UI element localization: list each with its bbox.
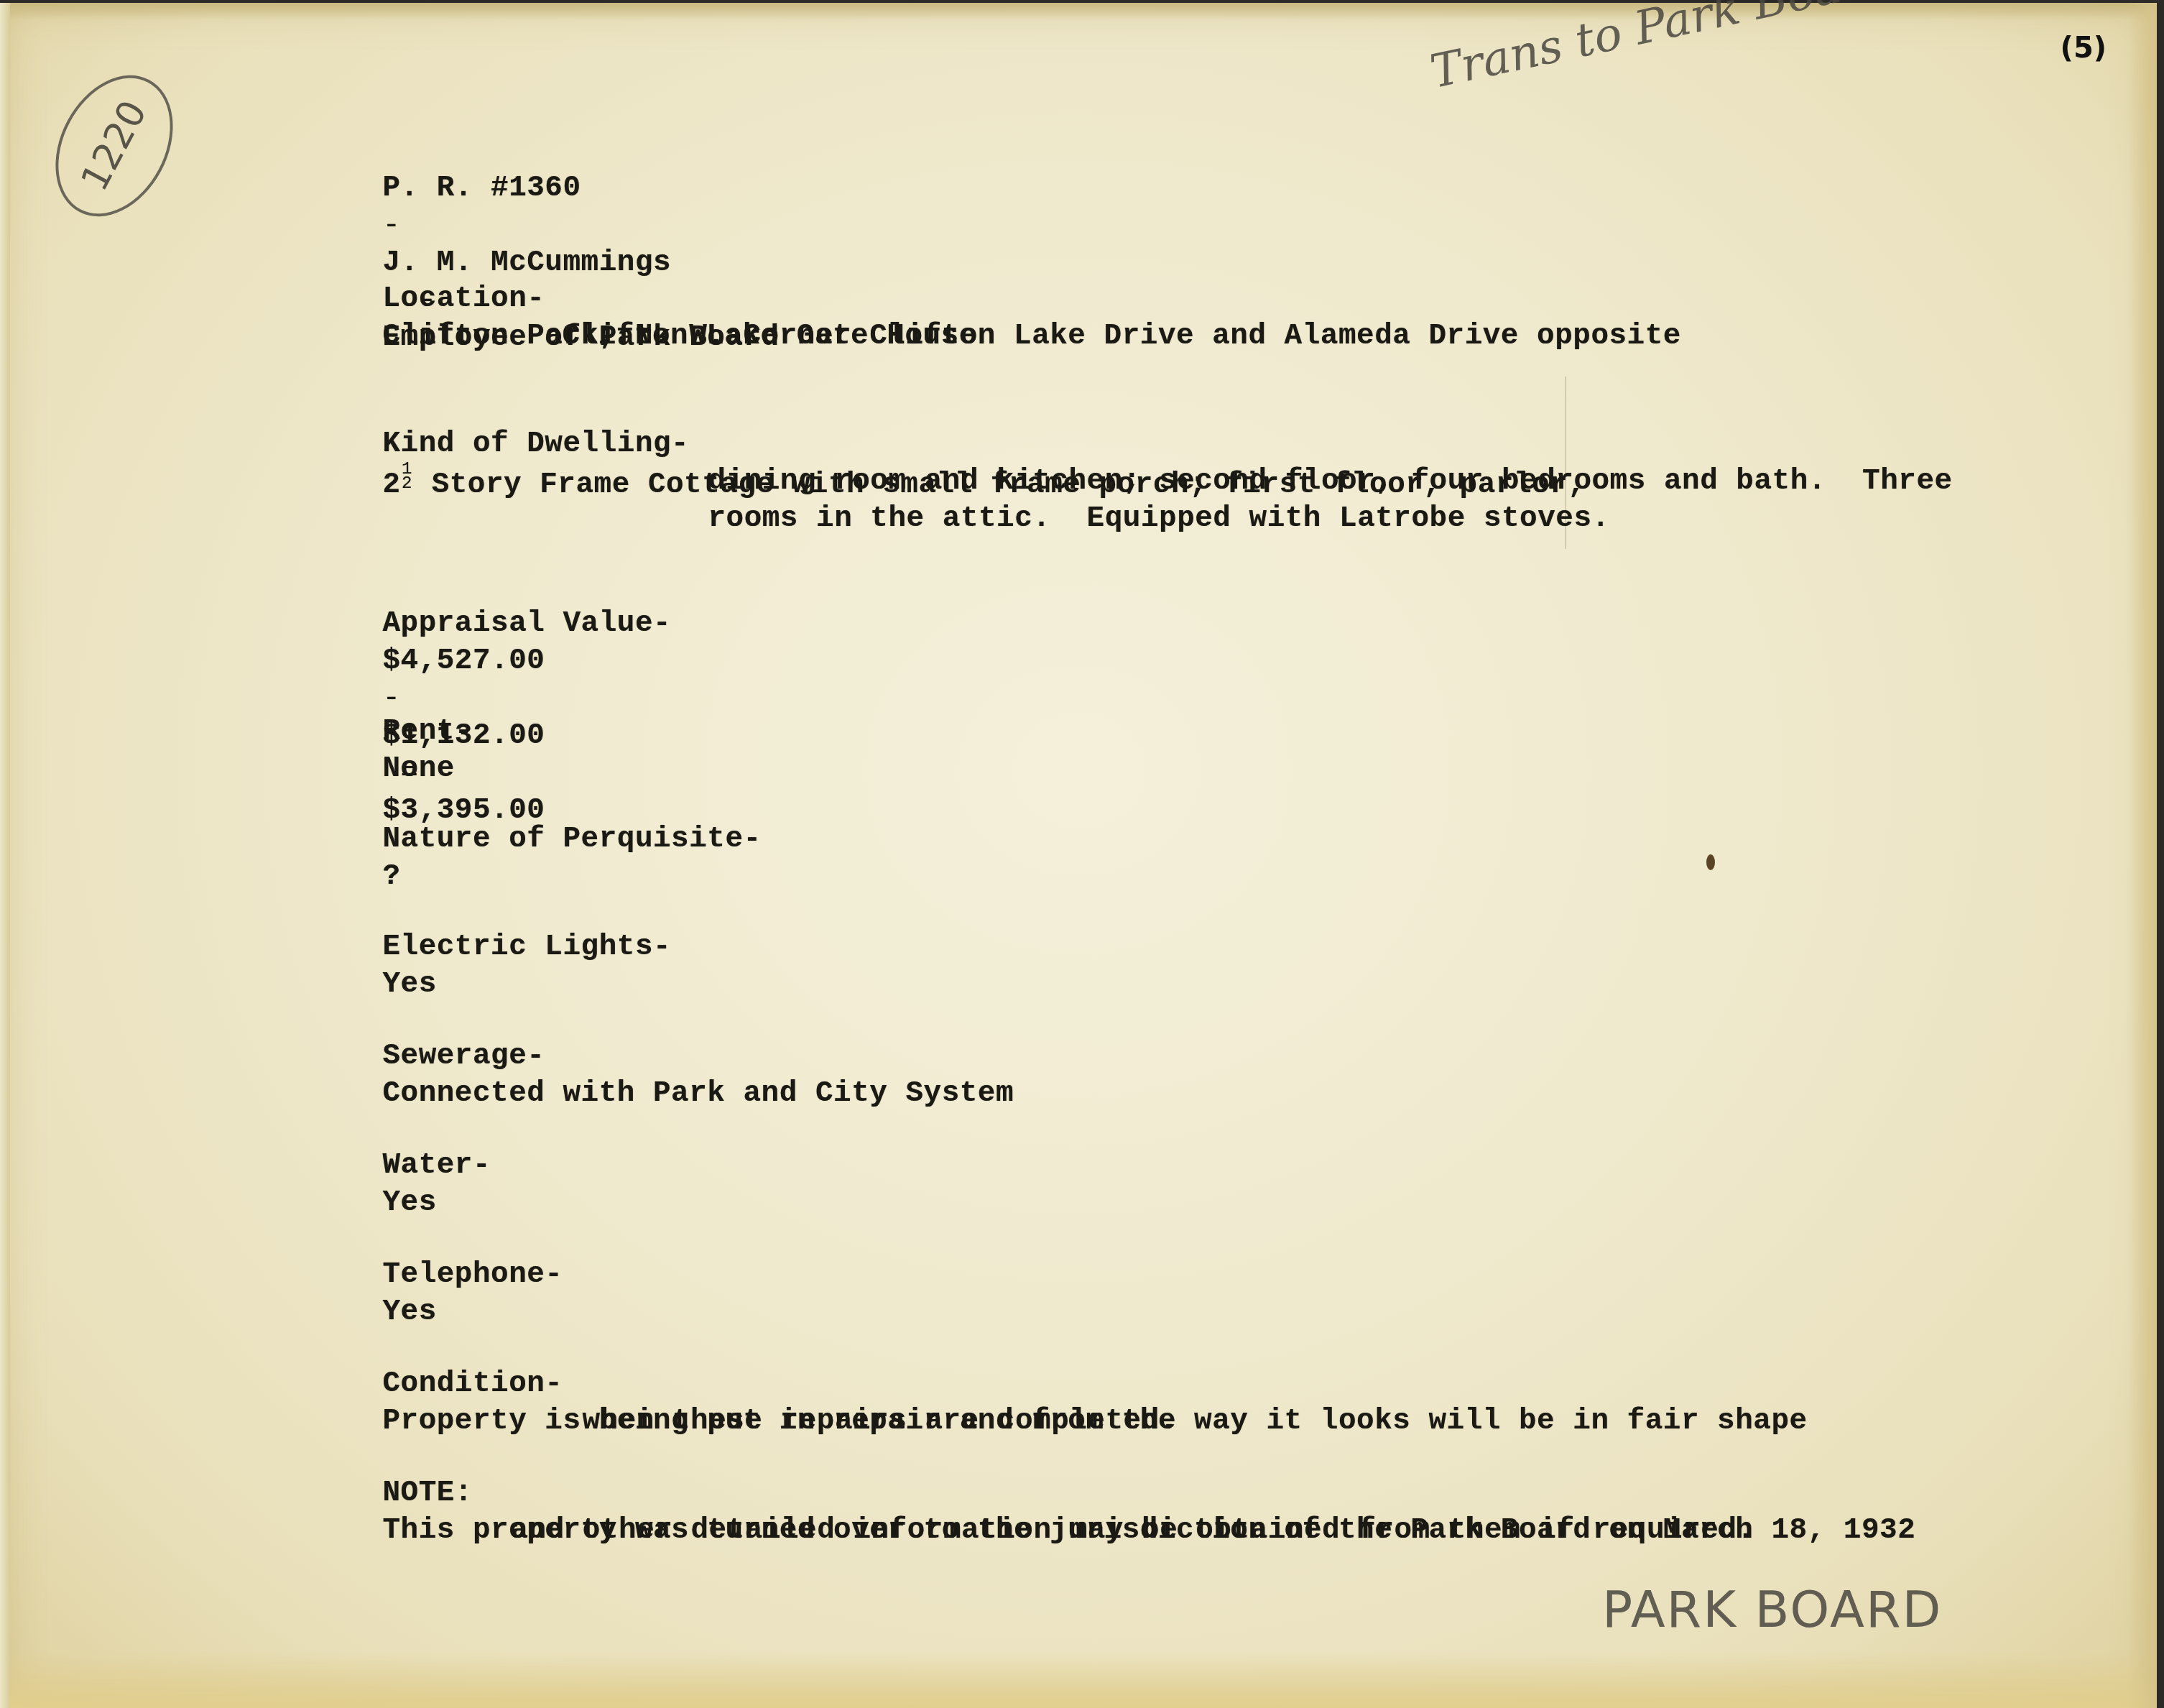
field-location-cont: Clifton Lake Gate House [490,280,977,392]
rent-label: Rent- [382,715,473,748]
rent-value: None [382,752,454,785]
appraisal-label: Appraisal Value- [382,607,671,640]
dwelling-line3: rooms in the attic. Equipped with Latrob… [708,502,1609,535]
dwelling-story-whole: 2 [382,468,400,502]
document-sheet: 1220 (5) Trans to Park Board PARK BOARD … [0,3,2157,1708]
electric-value: Yes [382,968,436,1001]
handwritten-note-bottom: PARK BOARD [1602,1580,1943,1639]
sewerage-value: Connected with Park and City System [382,1077,1014,1110]
field-note-cont: and other detailed information may be ob… [438,1474,1755,1587]
header-ref: P. R. #1360 [382,172,581,205]
electric-label: Electric Lights- [382,931,671,964]
sewerage-label: Sewerage- [382,1040,545,1073]
note-line2: and other detailed information may be ob… [510,1514,1754,1547]
telephone-label: Telephone- [382,1258,563,1291]
location-line2: Clifton Lake Gate House [562,320,976,353]
perquisite-value: ? [382,860,400,893]
condition-line2: when these repairs are completed. [582,1405,1177,1438]
paper-left-edge [0,3,10,1708]
water-value: Yes [382,1186,436,1219]
header-separator: - [382,209,400,242]
telephone-value: Yes [382,1296,436,1329]
water-label: Water- [382,1149,491,1182]
circled-record-number: 1220 [32,55,196,236]
record-number-text: 1220 [73,93,155,198]
paper-right-edge [2128,3,2157,1708]
handwritten-note-top: Trans to Park Board [1426,0,1897,99]
page-number: (5) [2061,32,2107,65]
perquisite-label: Nature of Perquisite- [382,823,761,856]
appraisal-gross: $4,527.00 [382,645,545,678]
dwelling-story-fraction: 12 [401,463,414,491]
field-dwelling-cont-2: rooms in the attic. Equipped with Latrob… [636,463,1610,575]
paper-stain-spot [1706,854,1715,870]
